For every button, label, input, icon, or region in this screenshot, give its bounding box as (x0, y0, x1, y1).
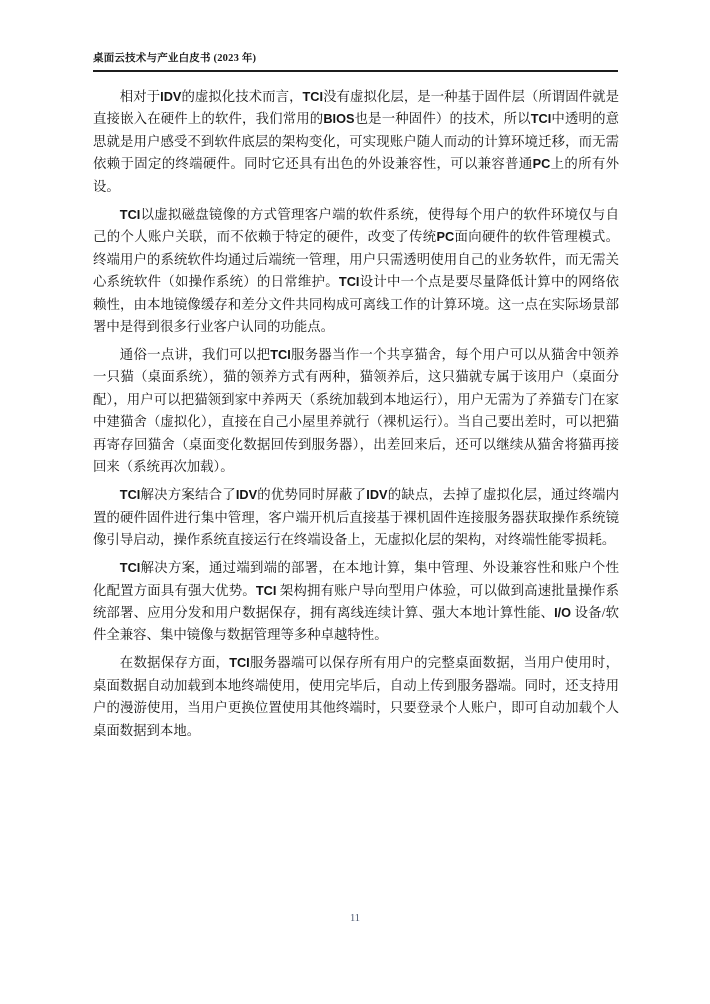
latin-acronym: TCI (270, 347, 291, 362)
latin-acronym: BIOS (323, 111, 354, 126)
page-number: 11 (0, 913, 710, 924)
latin-acronym: TCI (531, 111, 552, 126)
latin-acronym: PC (436, 229, 454, 244)
paragraph-cat-shelter-analogy: 通俗一点讲，我们可以把TCI服务器当作一个共享猫舍，每个用户可以从猫舍中领养一只… (93, 344, 619, 479)
latin-acronym: TCI (120, 207, 141, 222)
latin-acronym: TCI (339, 274, 360, 289)
paragraph-tci-advantages: TCI解决方案，通过端到端的部署，在本地计算，集中管理、外设兼容性和账户个性化配… (93, 557, 619, 647)
latin-acronym: TCI (256, 583, 277, 598)
latin-acronym: I/O (554, 605, 571, 620)
body-text: 相对于IDV的虚拟化技术而言，TCI没有虚拟化层，是一种基于固件层（所谓固件就是… (93, 86, 619, 748)
running-header: 桌面云技术与产业白皮书 (2023 年) (93, 50, 618, 72)
document-page: 桌面云技术与产业白皮书 (2023 年) 相对于IDV的虚拟化技术而言，TCI没… (0, 0, 710, 1004)
latin-acronym: TCI (303, 89, 324, 104)
paragraph-tci-firmware-intro: 相对于IDV的虚拟化技术而言，TCI没有虚拟化层，是一种基于固件层（所谓固件就是… (93, 86, 619, 198)
paragraph-tci-vs-idv: TCI解决方案结合了IDV的优势同时屏蔽了IDV的缺点，去掉了虚拟化层，通过终端… (93, 484, 619, 551)
latin-acronym: IDV (236, 487, 257, 502)
latin-acronym: TCI (229, 655, 250, 670)
latin-acronym: TCI (120, 487, 141, 502)
paragraph-disk-image-management: TCI以虚拟磁盘镜像的方式管理客户端的软件系统，使得每个用户的软件环境仅与自己的… (93, 204, 619, 339)
latin-acronym: IDV (160, 89, 181, 104)
latin-acronym: PC (533, 156, 551, 171)
latin-acronym: TCI (120, 560, 141, 575)
paragraph-data-saving: 在数据保存方面，TCI服务器端可以保存所有用户的完整桌面数据，当用户使用时，桌面… (93, 652, 619, 742)
latin-acronym: IDV (366, 487, 387, 502)
